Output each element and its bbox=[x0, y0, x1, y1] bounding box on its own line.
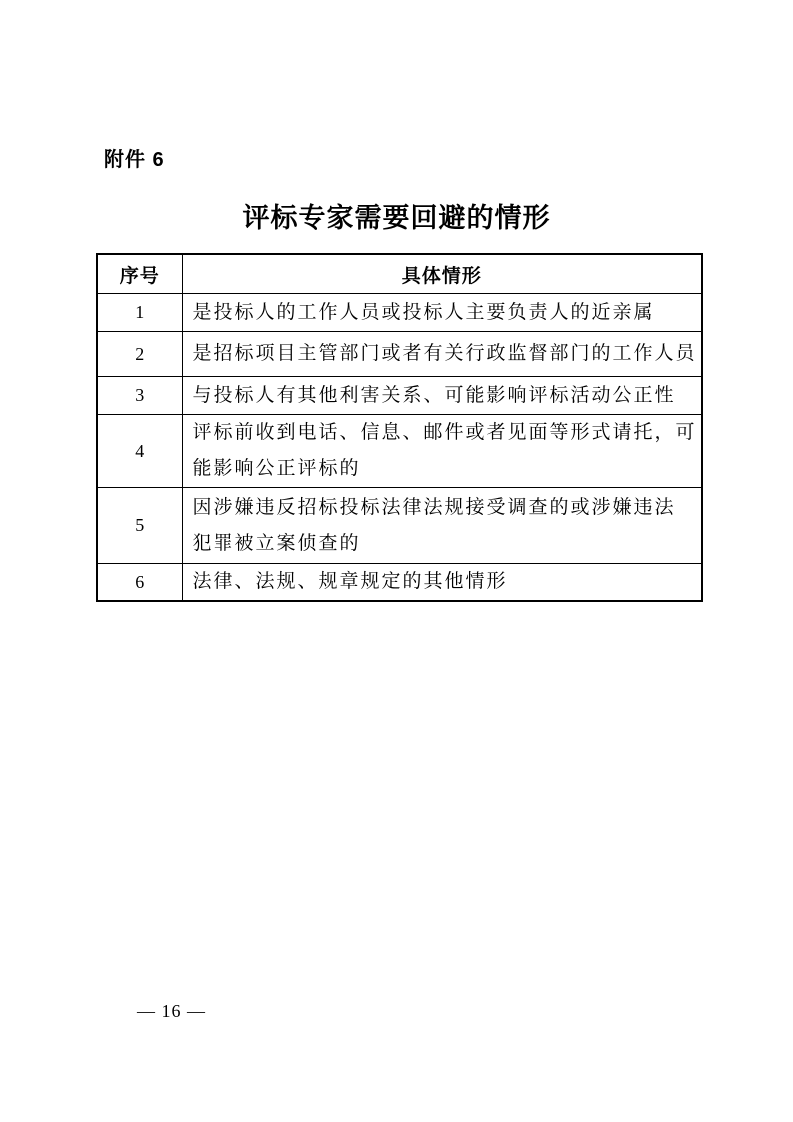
row-number: 6 bbox=[97, 564, 182, 602]
row-situation-text: 是投标人的工作人员或投标人主要负责人的近亲属 bbox=[182, 294, 702, 332]
row-number: 1 bbox=[97, 294, 182, 332]
row-situation-text: 评标前收到电话、信息、邮件或者见面等形式请托，可 能影响公正评标的 bbox=[182, 415, 702, 488]
row-situation-text: 法律、法规、规章规定的其他情形 bbox=[182, 564, 702, 602]
row-number: 5 bbox=[97, 488, 182, 564]
row-number: 3 bbox=[97, 377, 182, 415]
column-header-situation: 具体情形 bbox=[182, 254, 702, 294]
table-row: 2 是招标项目主管部门或者有关行政监督部门的工作人员 bbox=[97, 332, 702, 377]
row-situation-text: 因涉嫌违反招标投标法律法规接受调查的或涉嫌违法 犯罪被立案侦查的 bbox=[182, 488, 702, 564]
column-header-number: 序号 bbox=[97, 254, 182, 294]
row-situation-text: 与投标人有其他利害关系、可能影响评标活动公正性 bbox=[182, 377, 702, 415]
row-number: 2 bbox=[97, 332, 182, 377]
table-row: 6 法律、法规、规章规定的其他情形 bbox=[97, 564, 702, 602]
table-row: 1 是投标人的工作人员或投标人主要负责人的近亲属 bbox=[97, 294, 702, 332]
table-row: 3 与投标人有其他利害关系、可能影响评标活动公正性 bbox=[97, 377, 702, 415]
document-page: 附件 6 评标专家需要回避的情形 序号 具体情形 1 是投标人的工作人员或投标人… bbox=[0, 0, 793, 1122]
row-situation-text: 是招标项目主管部门或者有关行政监督部门的工作人员 bbox=[182, 332, 702, 377]
page-number: — 16 — bbox=[137, 1001, 206, 1022]
table-header-row: 序号 具体情形 bbox=[97, 254, 702, 294]
table-row: 4 评标前收到电话、信息、邮件或者见面等形式请托，可 能影响公正评标的 bbox=[97, 415, 702, 488]
page-title: 评标专家需要回避的情形 bbox=[0, 196, 793, 235]
attachment-label: 附件 6 bbox=[104, 143, 165, 172]
recusal-situations-table: 序号 具体情形 1 是投标人的工作人员或投标人主要负责人的近亲属 2 是招标项目… bbox=[96, 253, 703, 602]
row-number: 4 bbox=[97, 415, 182, 488]
table-row: 5 因涉嫌违反招标投标法律法规接受调查的或涉嫌违法 犯罪被立案侦查的 bbox=[97, 488, 702, 564]
